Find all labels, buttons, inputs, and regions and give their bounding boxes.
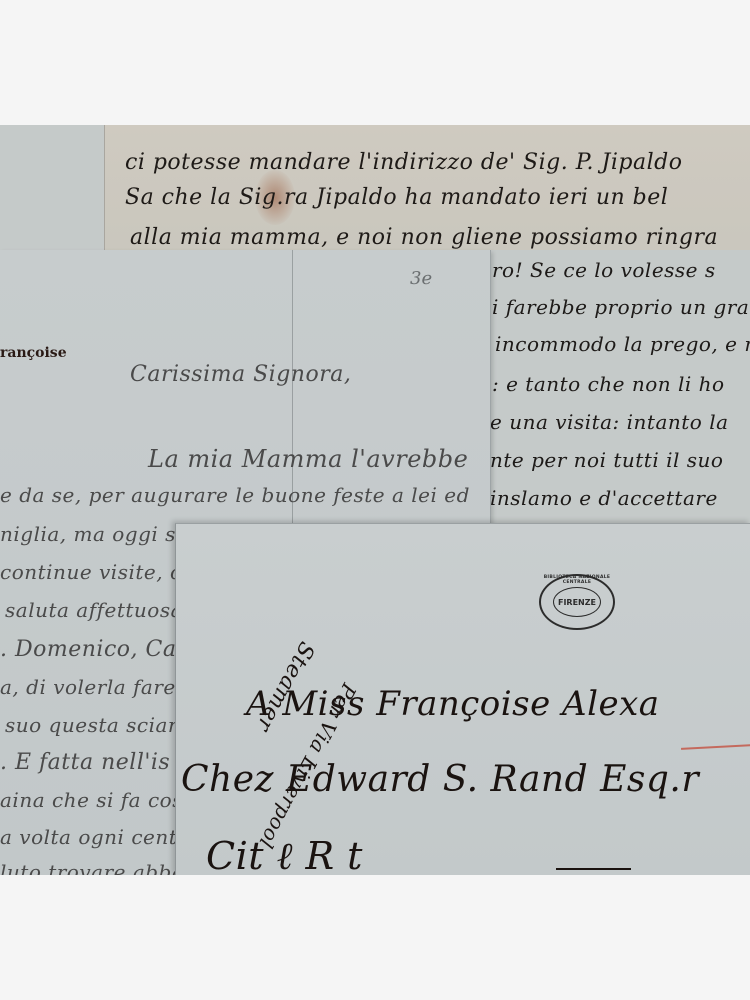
middle-letter-line-1: La mia Mamma l'avrebbe [148, 445, 468, 473]
top-letter-line-2: Sa che la Sig.ra Jipaldo ha mandato ieri… [125, 185, 668, 210]
folio-mark: 3e [410, 268, 432, 289]
address-line-2: Chez Edward S. Rand Esq.r [181, 759, 699, 800]
address-underline [556, 868, 631, 870]
middle-letter-line-2: e da se, per augurare le buone feste a l… [0, 483, 470, 507]
letters-photo: ci potesse mandare l'indirizzo de' Sig. … [0, 125, 750, 875]
printed-name: rançoise [0, 345, 67, 361]
back-blank-sheet [0, 125, 104, 255]
right-letter-line-6: nte per noi tutti il suo [490, 448, 723, 472]
middle-letter-line-10: aina che si fa cost [0, 788, 192, 812]
right-letter-line-2: i farebbe proprio un gra [492, 295, 749, 319]
right-letter-line-4: : e tanto che non li ho [492, 372, 725, 396]
library-stamp: BIBLIOTECA NAZIONALE CENTRALE FIRENZE [539, 574, 615, 630]
red-ink-mark [681, 744, 750, 750]
middle-letter-line-6: . Domenico, Ca [0, 637, 176, 662]
top-letter-line-3: alla mia mamma, e noi non gliene possiam… [130, 225, 718, 250]
address-line-3: Cit ℓ R t [206, 834, 363, 875]
middle-letter-line-8: suo questa sciarp [5, 713, 191, 737]
middle-letter-line-7: a, di volerla fare [0, 675, 176, 699]
salutation: Carissima Signora, [130, 362, 351, 387]
right-letter-line-5: e una visita: intanto la [490, 410, 729, 434]
stamp-ring-text: BIBLIOTECA NAZIONALE CENTRALE [541, 575, 613, 585]
right-letter-sheet: ro! Se ce lo volesse s i farebbe proprio… [490, 250, 750, 525]
envelope: BIBLIOTECA NAZIONALE CENTRALE FIRENZE Pe… [175, 523, 750, 875]
top-letter-line-1: ci potesse mandare l'indirizzo de' Sig. … [125, 150, 682, 175]
stamp-center-text: FIRENZE [553, 587, 601, 617]
middle-letter-line-9: . E fatta nell'is [0, 750, 170, 775]
right-letter-line-7: inslamo e d'accettare [490, 486, 718, 510]
address-line-1: A Miss Françoise Alexa [246, 684, 660, 724]
middle-letter-line-3: niglia, ma oggi si [0, 522, 183, 546]
right-letter-line-3: incommodo la prego, e n [495, 332, 750, 356]
right-letter-line-1: ro! Se ce lo volesse s [492, 258, 716, 282]
middle-letter-line-4: continue visite, ch [0, 560, 195, 584]
